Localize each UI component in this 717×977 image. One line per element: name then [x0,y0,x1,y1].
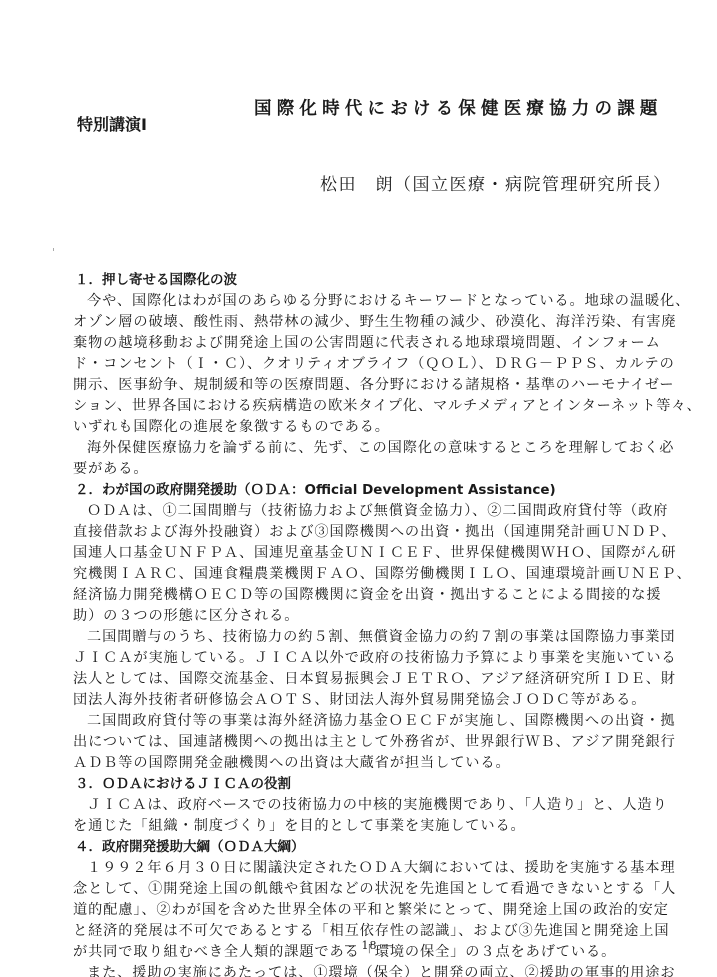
paragraph-line: 法人としては、国際交流基金、日本貿易振興会ＪＥＴＲＯ、アジア経済研究所ＩＤＥ、財 [73,669,693,690]
lecture-label: 特別講演Ⅰ [77,112,147,135]
paragraph-line: 究機関ＩＡＲＣ、国連食糧農業機関ＦＡＯ、国際労働機関ＩＬＯ、国連環境計画ＵＮＥＰ… [73,564,693,585]
paragraph-line: 道的配慮」、②わが国を含めた世界全体の平和と繁栄にとって、開発途上国の政治的安定 [73,900,693,921]
paragraph-line: 棄物の越境移動および開発途上国の公害問題に代表される地球環境問題、インフォーム [73,333,693,354]
paragraph-line: 要がある。 [73,459,693,480]
paragraph-line: 国連人口基金ＵＮＦＰＡ、国連児童基金ＵＮＩＣＥＦ、世界保健機関ＷＨＯ、国際がん研 [73,543,693,564]
paragraph-line: 助）の３つの形態に区分される。 [73,606,693,627]
paragraph-line: ＯＤＡは、①二国間贈与（技術協力および無償資金協力）、②二国間政府貸付等（政府 [73,501,693,522]
paragraph-line: ＪＩＣＡが実施している。ＪＩＣＡ以外で政府の技術協力予算により事業を実施いている [73,648,693,669]
paragraph-line: 経済協力開発機構ＯＥＣＤ等の国際機関に資金を出資・拠出することによる間接的な援 [73,585,693,606]
paragraph-line: ＪＩＣＡは、政府ベースでの技術協力の中核的実施機関であり、「人造り」と、人造り [73,795,693,816]
document-page: 特別講演Ⅰ 国際化時代における保健医療協力の課題 松田 朗（国立医療・病院管理研… [0,0,717,977]
paragraph-line: 念として、①開発途上国の飢餓や貧困などの状況を先進国として看過できないとする「人 [73,879,693,900]
paragraph-line: 団法人海外技術者研修協会ＡＯＴＳ、財団法人海外貿易開発協会ＪＯＤＣ等がある。 [73,690,693,711]
section-heading: １．押し寄せる国際化の波 [73,270,693,291]
section-heading: ３．ＯＤＡにおけるＪＩＣＡの役割 [73,774,693,795]
paragraph-line: 開示、医事紛争、規制緩和等の医療問題、各分野における諸規格・基準のハーモナイゼー [73,375,693,396]
section-heading: ２．わが国の政府開発援助（ＯＤＡ：Official Development As… [73,480,693,501]
paragraph-line: 今や、国際化はわが国のあらゆる分野におけるキーワードとなっている。地球の温暖化、 [73,291,693,312]
paragraph-line: ション、世界各国における疾病構造の欧米タイプ化、マルチメディアとインターネット等… [73,396,693,417]
paragraph-line: 二国間政府貸付等の事業は海外経済協力基金ＯＥＣＦが実施し、国際機関への出資・拠 [73,711,693,732]
scan-speck [53,248,54,251]
paragraph-line: いずれも国際化の進展を象徴するものである。 [73,417,693,438]
paragraph-line: 直接借款および海外投融資）および③国際機関への出資・拠出（国連開発計画ＵＮＤＰ、 [73,522,693,543]
paragraph-line: ＡＤＢ等の国際開発金融機関への出資は大蔵省が担当している。 [73,753,693,774]
page-title: 国際化時代における保健医療協力の課題 [254,95,663,120]
paragraph-line: 二国間贈与のうち、技術協力の約５割、無償資金協力の約７割の事業は国際協力事業団 [73,627,693,648]
paragraph-line: ド・コンセント（Ｉ・Ｃ）、クオリティオブライフ（ＱＯＬ）、ＤＲＧ－ＰＰＳ、カルテ… [73,354,693,375]
author-line: 松田 朗（国立医療・病院管理研究所長） [320,170,672,195]
document-body: １．押し寄せる国際化の波今や、国際化はわが国のあらゆる分野におけるキーワードとな… [73,270,693,977]
section-heading: ４．政府開発援助大綱（ＯＤＡ大綱） [73,837,693,858]
paragraph-line: オゾン層の破壊、酸性雨、熱帯林の減少、野生生物種の減少、砂漠化、海洋汚染、有害廃 [73,312,693,333]
page-number: ― 18 ― [345,939,394,952]
paragraph-line: を通じた「組織・制度づくり」を目的として事業を実施している。 [73,816,693,837]
paragraph-line: 海外保健医療協力を論ずる前に、先ず、この国際化の意味するところを理解しておく必 [73,438,693,459]
paragraph-line: １９９２年６月３０日に閣議決定されたＯＤＡ大綱においては、援助を実施する基本理 [73,858,693,879]
paragraph-line: また、援助の実施にあたっては、①環境（保全）と開発の両立、②援助の軍事的用途お [73,963,693,977]
paragraph-line: 出については、国連諸機関への拠出は主として外務省が、世界銀行ＷＢ、アジア開発銀行 [73,732,693,753]
